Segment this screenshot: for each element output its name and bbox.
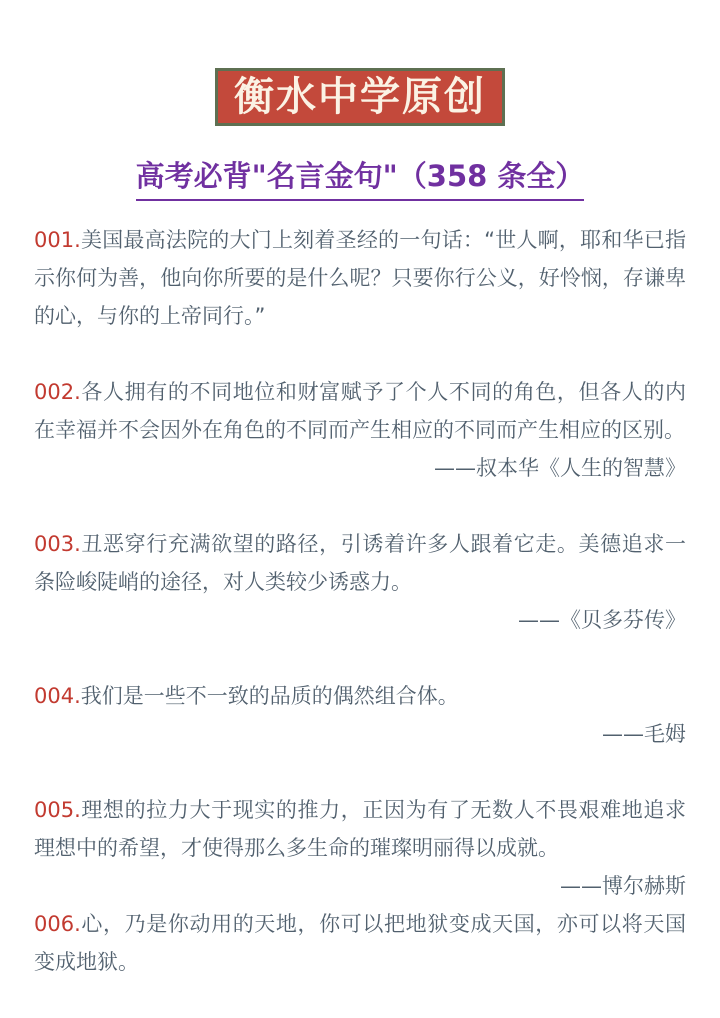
quote-body: 各人拥有的不同地位和财富赋予了个人不同的角色，但各人的内在幸福并不会因外在角色的… (34, 380, 686, 442)
page-title-text: 高考必背"名言金句"（358 条全） (136, 157, 585, 201)
quote-attribution: ——博尔赫斯 (34, 867, 686, 905)
quote-text: 002.各人拥有的不同地位和财富赋予了个人不同的角色，但各人的内在幸福并不会因外… (34, 373, 686, 449)
quote-text: 003.丑恶穿行充满欲望的路径，引诱着许多人跟着它走。美德追求一条险峻陡峭的途径… (34, 525, 686, 601)
quote-item-006: 006.心，乃是你动用的天地，你可以把地狱变成天国，亦可以将天国变成地狱。 (34, 905, 686, 981)
page-title: 高考必背"名言金句"（358 条全） (34, 156, 686, 201)
quote-item-005: 005.理想的拉力大于现实的推力，正因为有了无数人不畏艰难地追求理想中的希望，才… (34, 791, 686, 905)
quote-item-004: 004.我们是一些不一致的品质的偶然组合体。 ——毛姆 (34, 677, 686, 753)
quote-body: 我们是一些不一致的品质的偶然组合体。 (81, 684, 459, 708)
quote-number: 001. (34, 228, 81, 252)
quote-number: 003. (34, 532, 81, 556)
quote-text: 006.心，乃是你动用的天地，你可以把地狱变成天国，亦可以将天国变成地狱。 (34, 905, 686, 981)
quote-text: 004.我们是一些不一致的品质的偶然组合体。 (34, 677, 686, 715)
quote-item-003: 003.丑恶穿行充满欲望的路径，引诱着许多人跟着它走。美德追求一条险峻陡峭的途径… (34, 525, 686, 639)
quote-attribution: ——《贝多芬传》 (34, 601, 686, 639)
quote-attribution: ——叔本华《人生的智慧》 (34, 449, 686, 487)
quote-body: 心，乃是你动用的天地，你可以把地狱变成天国，亦可以将天国变成地狱。 (34, 912, 686, 974)
quotes-list: 001.美国最高法院的大门上刻着圣经的一句话：“世人啊，耶和华已指示你何为善，他… (34, 221, 686, 981)
quote-text: 005.理想的拉力大于现实的推力，正因为有了无数人不畏艰难地追求理想中的希望，才… (34, 791, 686, 867)
banner-row: 衡水中学原创 (34, 0, 686, 126)
quote-number: 006. (34, 912, 81, 936)
school-banner-text: 衡水中学原创 (234, 74, 486, 120)
quote-attribution: ——毛姆 (34, 715, 686, 753)
quote-item-002: 002.各人拥有的不同地位和财富赋予了个人不同的角色，但各人的内在幸福并不会因外… (34, 373, 686, 487)
quote-text: 001.美国最高法院的大门上刻着圣经的一句话：“世人啊，耶和华已指示你何为善，他… (34, 221, 686, 335)
quote-item-001: 001.美国最高法院的大门上刻着圣经的一句话：“世人啊，耶和华已指示你何为善，他… (34, 221, 686, 335)
quote-body: 美国最高法院的大门上刻着圣经的一句话：“世人啊，耶和华已指示你何为善，他向你所要… (34, 228, 686, 328)
quote-body: 理想的拉力大于现实的推力，正因为有了无数人不畏艰难地追求理想中的希望，才使得那么… (34, 798, 686, 860)
quote-number: 004. (34, 684, 81, 708)
school-banner: 衡水中学原创 (215, 68, 505, 126)
document-page: 衡水中学原创 高考必背"名言金句"（358 条全） 001.美国最高法院的大门上… (0, 0, 720, 981)
quote-number: 002. (34, 380, 81, 404)
quote-body: 丑恶穿行充满欲望的路径，引诱着许多人跟着它走。美德追求一条险峻陡峭的途径，对人类… (34, 532, 686, 594)
quote-number: 005. (34, 798, 81, 822)
